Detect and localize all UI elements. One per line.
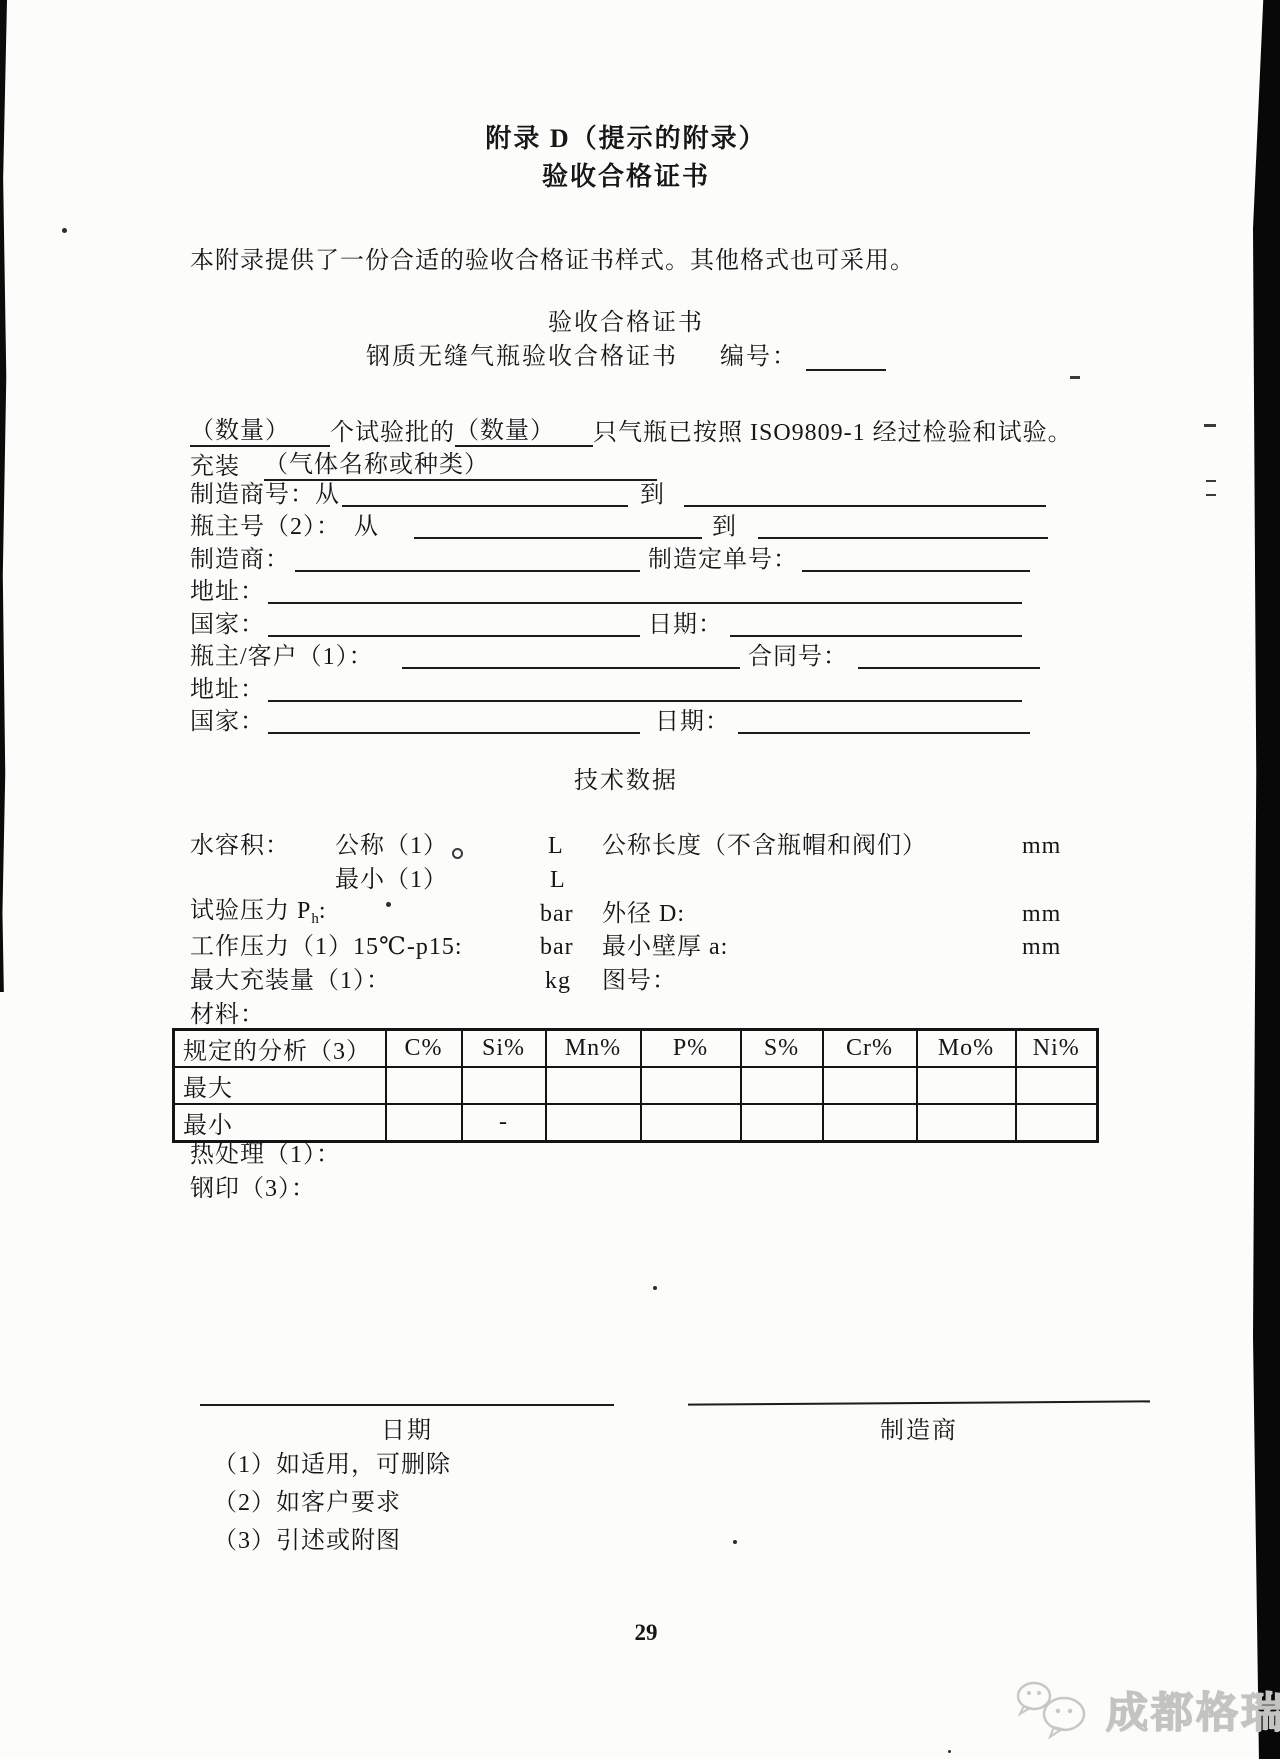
manufacturer-label: 制造商：	[190, 539, 290, 574]
header-cr: Cr%	[823, 1030, 917, 1068]
blank-line	[295, 570, 640, 572]
certificate-subheading-line: 钢质无缝气瓶验收合格证书 编号：	[0, 336, 1252, 371]
form-row-address-1: 地址：	[190, 574, 1090, 608]
header-mo: Mo%	[917, 1030, 1016, 1068]
cell	[917, 1067, 1016, 1104]
statement-line: （数量）个试验批的（数量）只气瓶已按照 ISO9809-1 经过检验和试验。	[190, 410, 1073, 447]
wechat-icon	[1012, 1678, 1098, 1742]
date-signature-line	[200, 1404, 614, 1406]
form-row-owner-no: 瓶主号（2）： 从 到	[190, 509, 1090, 543]
certificate-heading: 验收合格证书	[0, 302, 1252, 337]
form-row-country-2: 国家： 日期：	[190, 704, 1090, 738]
date-label: 日期：	[648, 604, 723, 639]
form-row-manufacturer: 制造商： 制造定单号：	[190, 542, 1090, 576]
cell	[546, 1104, 641, 1142]
cell	[386, 1104, 462, 1142]
unit-kg: kg	[545, 968, 571, 995]
scan-noise	[386, 902, 391, 907]
scan-noise	[1204, 424, 1216, 427]
blank-line	[268, 732, 640, 734]
header-si: Si%	[462, 1030, 546, 1068]
blank-line	[684, 505, 1046, 507]
tech-row-max-fill: 最大充装量（1）： kg 图号：	[190, 963, 1090, 997]
scan-noise	[62, 228, 67, 233]
unit-bar: bar	[540, 901, 574, 928]
unit-bar: bar	[540, 934, 574, 961]
heat-treatment-label: 热处理（1）：	[190, 1134, 341, 1169]
form-row-address-2: 地址：	[190, 672, 1090, 706]
footnote-3: （3）引述或附图	[213, 1520, 401, 1555]
row-label-max: 最大	[174, 1067, 386, 1104]
cell	[823, 1067, 917, 1104]
blank-line	[858, 667, 1040, 669]
blank-line	[802, 570, 1030, 572]
outer-diameter-label: 外径 D:	[602, 893, 685, 928]
test-pressure-label: 试验压力 Ph:	[190, 890, 327, 928]
header-specified-analysis: 规定的分析（3）	[174, 1030, 386, 1068]
scan-noise	[948, 1750, 951, 1753]
intro-paragraph: 本附录提供了一份合适的验收合格证书样式。其他格式也可采用。	[190, 240, 915, 275]
cell	[462, 1067, 546, 1104]
blank-line	[402, 667, 740, 669]
cell	[917, 1104, 1016, 1142]
unit-mm: mm	[1022, 901, 1061, 928]
page-number: 29	[40, 1620, 1252, 1646]
address-label: 地址：	[190, 669, 265, 704]
blank-line	[342, 505, 628, 507]
to-label: 到	[712, 506, 737, 541]
manufacturer-signature-label: 制造商	[688, 1410, 1150, 1445]
scanned-document-page: 附录 D（提示的附录） 验收合格证书 本附录提供了一份合适的验收合格证书样式。其…	[0, 0, 1280, 1759]
address-label: 地址：	[190, 571, 265, 606]
scan-noise	[733, 1540, 737, 1544]
watermark: 成都格瑞特	[1012, 1678, 1280, 1742]
manufacture-order-no-label: 制造定单号：	[648, 539, 798, 574]
quantity-blank-2: （数量）	[455, 410, 593, 447]
blank-line	[738, 732, 1030, 734]
material-label: 材料：	[190, 994, 265, 1029]
statement-tail: 只气瓶已按照 ISO9809-1 经过检验和试验。	[593, 420, 1073, 446]
watermark-text: 成都格瑞特	[1106, 1680, 1280, 1740]
cell	[823, 1104, 917, 1142]
country-label: 国家：	[190, 701, 265, 736]
max-fill-label: 最大充装量（1）：	[190, 960, 391, 995]
cell: -	[462, 1104, 546, 1142]
header-c: C%	[386, 1030, 462, 1068]
scan-noise	[1206, 480, 1216, 482]
scan-noise	[1206, 494, 1216, 496]
unit-l: L	[548, 833, 564, 860]
unit-mm: mm	[1022, 833, 1061, 860]
statement-mid: 个试验批的	[330, 420, 455, 446]
technical-data-heading: 技术数据	[0, 760, 1252, 795]
cell	[741, 1067, 823, 1104]
tech-row-working-pressure: 工作压力（1）15℃-p15: bar 最小壁厚 a: mm	[190, 929, 1090, 963]
date-signature-label: 日期	[200, 1410, 614, 1445]
header-mn: Mn%	[546, 1030, 641, 1068]
tech-row-test-pressure: 试验压力 Ph: bar 外径 D: mm	[190, 896, 1090, 930]
date-label: 日期：	[655, 701, 730, 736]
table-header-row: 规定的分析（3） C% Si% Mn% P% S% Cr% Mo% Ni%	[174, 1030, 1098, 1068]
cell	[741, 1104, 823, 1142]
blank-line	[758, 537, 1048, 539]
unit-mm: mm	[1022, 934, 1061, 961]
footnote-1: （1）如适用，可删除	[213, 1444, 451, 1479]
working-pressure-label: 工作压力（1）15℃-p15:	[190, 926, 463, 961]
manufacturer-no-label: 制造商号：从	[190, 474, 340, 509]
blank-line	[268, 602, 1022, 604]
blank-line	[268, 700, 1022, 702]
owner-no-label: 瓶主号（2）： 从	[190, 506, 379, 541]
min-wall-label: 最小壁厚 a:	[602, 926, 728, 961]
manufacturer-signature-line	[688, 1400, 1150, 1405]
scan-noise	[1070, 376, 1080, 379]
certificate-no-blank	[806, 343, 886, 371]
cell	[641, 1067, 741, 1104]
cell	[641, 1104, 741, 1142]
certificate-subheading: 钢质无缝气瓶验收合格证书	[366, 344, 678, 370]
nominal-length-label: 公称长度（不含瓶帽和阀们）	[602, 825, 927, 860]
contract-no-label: 合同号：	[748, 636, 848, 671]
country-label: 国家：	[190, 604, 265, 639]
nominal-label: 公称（1）	[335, 825, 448, 860]
tech-row-material: 材料：	[190, 997, 1090, 1031]
to-label: 到	[640, 474, 665, 509]
header-p: P%	[641, 1030, 741, 1068]
quantity-blank-1: （数量）	[190, 410, 330, 447]
specified-analysis-table: 规定的分析（3） C% Si% Mn% P% S% Cr% Mo% Ni% 最大…	[172, 1028, 1099, 1143]
header-ni: Ni%	[1016, 1030, 1098, 1068]
form-row-owner-customer: 瓶主/客户（1）： 合同号：	[190, 639, 1090, 673]
cell	[386, 1067, 462, 1104]
appendix-title: 附录 D（提示的附录）	[0, 118, 1252, 155]
scan-noise	[452, 848, 463, 859]
owner-customer-label: 瓶主/客户（1）：	[190, 636, 374, 671]
unit-l: L	[550, 867, 566, 894]
steel-stamp-label: 钢印（3）：	[190, 1168, 316, 1203]
footnote-2: （2）如客户要求	[213, 1482, 401, 1517]
cell	[1016, 1104, 1098, 1142]
minimum-label: 最小（1）	[335, 859, 448, 894]
header-s: S%	[741, 1030, 823, 1068]
scan-noise	[653, 1286, 657, 1290]
cell	[1016, 1067, 1098, 1104]
appendix-subtitle: 验收合格证书	[0, 156, 1252, 193]
certificate-no-label: 编号：	[720, 344, 798, 370]
table-row-max: 最大	[174, 1067, 1098, 1104]
cell	[546, 1067, 641, 1104]
scan-edge-right	[1253, 0, 1280, 1759]
drawing-no-label: 图号：	[602, 960, 677, 995]
water-capacity-label: 水容积：	[190, 825, 290, 860]
tech-row-water-capacity: 水容积： 公称（1） L 公称长度（不含瓶帽和阀们） mm	[190, 828, 1090, 862]
